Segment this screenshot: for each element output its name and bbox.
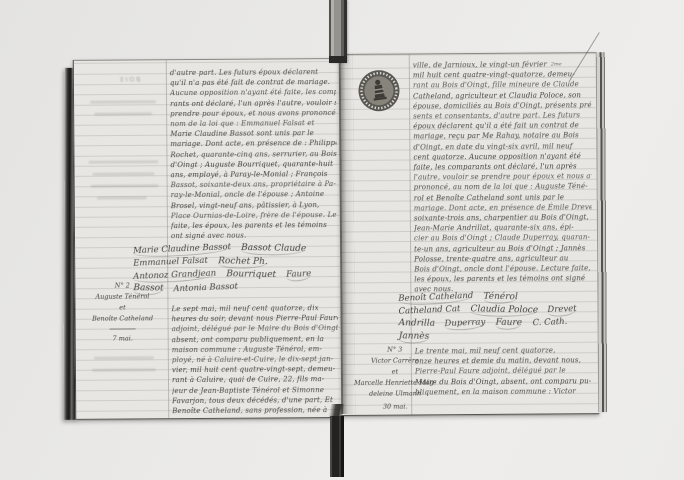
- right-page: 2me ville, de Jarnioux, le vingt-un févr…: [339, 52, 600, 416]
- signature: Antonia Bassot: [173, 282, 238, 296]
- ink-bleedthrough: [94, 112, 152, 115]
- official-seal-icon: [354, 66, 404, 116]
- et-label: et: [79, 302, 165, 314]
- handwritten-line: sents et consentants, d'autre part. Les …: [413, 110, 591, 121]
- handwritten-line: adjoint, délégué par le Maire du Bois d'…: [172, 323, 338, 334]
- act-date: 7 mai.: [80, 333, 166, 345]
- ink-bleedthrough: [88, 160, 158, 163]
- ink-bleedthrough: [91, 184, 159, 187]
- signature: Drevet: [548, 304, 578, 317]
- signature: Faure: [286, 269, 311, 282]
- act-1-closing-paragraph: d'autre part. Les futurs époux déclarent…: [170, 67, 337, 242]
- ink-bleedthrough: [92, 368, 156, 371]
- act-2-main-paragraph: ville, de Jarnioux, le vingt-un févrierm…: [413, 59, 593, 295]
- ink-bleedthrough: [90, 100, 156, 103]
- handwritten-line: d'Oingt, en date du vingt-six avril, mil…: [413, 141, 591, 152]
- signature: Ténérol: [483, 292, 518, 305]
- handwritten-line: ployé, né à Caluire-et-Cuire, le dix-sep…: [172, 354, 338, 365]
- bookmark-ribbon-bottom: [330, 416, 344, 477]
- bookmark-ribbon-top: [329, 0, 347, 63]
- page-edges-right: [596, 52, 610, 412]
- handwritten-line: Bois d'Oingt, oncle dont l'épouse. Lectu…: [414, 263, 592, 274]
- handwritten-line: les époux, les parents et les témoins on…: [414, 273, 592, 284]
- signature: Emmanuel Falsat: [133, 256, 208, 270]
- signature: Andrilla: [399, 318, 436, 330]
- ink-bleedthrough: [93, 172, 155, 175]
- signature: Bassot: [133, 283, 163, 296]
- bride-name: Benoîte Catheland: [80, 313, 166, 325]
- ink-bleedthrough: [94, 356, 154, 359]
- handwritten-line: Pierre-Paul Faure adjoint, délégué par l…: [415, 366, 593, 377]
- handwritten-line: cier au Bois d'Oingt ; Claude Duperray, …: [414, 233, 592, 244]
- act-3-opening-paragraph: Le trente mai, mil neuf cent quatorze,on…: [415, 345, 593, 397]
- handwritten-line: ray-le-Monial, oncle de l'épouse ; Antoi…: [171, 189, 337, 200]
- handwritten-line: jeur de Jean-Baptiste Ténérol et Simonne: [172, 385, 338, 396]
- signature: Bassot Claude: [241, 243, 306, 256]
- handwritten-line: bliquement, en la maison commune : Victo…: [415, 386, 593, 397]
- book-gutter: [339, 54, 356, 414]
- handwritten-line: d'autre part. Les futurs époux déclarent: [170, 67, 336, 78]
- left-page: BOIS N° 2 Auguste Ténérol et Benoîte Cat…: [73, 58, 343, 420]
- signature: Duperray: [445, 317, 486, 331]
- handwritten-line: mariage. Dont acte, en présence de Émile…: [414, 202, 592, 213]
- handwritten-line: Le sept mai, mil neuf cent quatorze, dix: [171, 303, 337, 314]
- signature: Antonoz Grandjean: [133, 268, 216, 283]
- act-2-signatures: Benoît CathelandTénérolCatheland CatClau…: [398, 291, 592, 344]
- scanned-register-photo: BOIS N° 2 Auguste Ténérol et Benoîte Cat…: [0, 0, 684, 480]
- signature: Claudia Poloce: [470, 304, 538, 317]
- signature: Faure: [496, 318, 523, 330]
- signature: C. Cath.: [532, 317, 567, 329]
- handwritten-line: Rochet, quarante-cinq ans, serrurier, au…: [170, 149, 336, 160]
- margin-separator: [110, 328, 136, 329]
- act-2-opening-paragraph: Le sept mai, mil neuf cent quatorze, dix…: [171, 303, 338, 416]
- act-date: 30 mai.: [343, 401, 447, 413]
- ink-bleedthrough: [97, 196, 147, 199]
- handwritten-line: rant au Bois d'Oingt, fille mineure de C…: [413, 80, 591, 91]
- handwritten-line: prononcé, au nom de la loi que : Auguste…: [414, 182, 592, 193]
- handwritten-line: Benoîte Catheland, sans profession, née …: [172, 405, 338, 416]
- register-book: BOIS N° 2 Auguste Ténérol et Benoîte Cat…: [63, 50, 612, 424]
- act-1-signatures: Marie Claudine BassotBassot ClaudeEmmanu…: [133, 243, 337, 296]
- handwritten-line: Le trente mai, mil neuf cent quatorze,: [415, 345, 593, 356]
- handwritten-line: Aucune opposition n'ayant été faite, les…: [170, 87, 336, 98]
- signature: Catheland Cat: [398, 304, 460, 318]
- ink-bleedthrough-header: BOIS: [118, 76, 140, 83]
- signature: Benoît Catheland: [398, 291, 473, 306]
- signature: Bourriquet: [226, 269, 276, 281]
- handwritten-line: ont signé avec nous.: [171, 230, 337, 241]
- handwritten-line: Place Ournias-de-Loire, frère de l'épous…: [171, 210, 337, 221]
- signature: Rochet Ph.: [218, 256, 268, 269]
- handwritten-line: nom de la loi que : Emmanuel Falsat et: [170, 118, 336, 129]
- signature: Jannès: [399, 331, 430, 344]
- handwritten-line: ville, de Jarnioux, le vingt-un février: [413, 59, 591, 70]
